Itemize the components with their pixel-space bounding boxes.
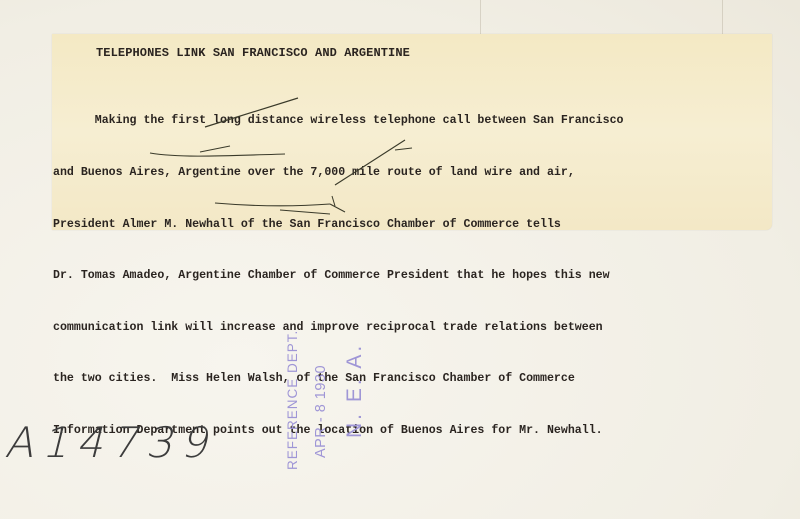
handwritten-id: A14739 <box>2 418 225 467</box>
caption-line: President Almer M. Newhall of the San Fr… <box>53 216 713 233</box>
stamp-date: APR - 8 1930 <box>313 365 329 458</box>
caption-line: Dr. Tomas Amadeo, Argentine Chamber of C… <box>53 267 713 284</box>
stamp-nea: N. E. A. <box>343 343 367 438</box>
caption-line: the two cities. Miss Helen Walsh, of the… <box>53 370 713 387</box>
caption-title: TELEPHONES LINK SAN FRANCISCO AND ARGENT… <box>96 46 410 60</box>
paper-edge <box>480 0 481 34</box>
caption-line: Making the first long distance wireless … <box>53 112 713 129</box>
photo-back: TELEPHONES LINK SAN FRANCISCO AND ARGENT… <box>0 0 800 519</box>
caption-body: Making the first long distance wireless … <box>53 78 713 474</box>
caption-line: and Buenos Aires, Argentine over the 7,0… <box>53 164 713 181</box>
caption-line: communication link will increase and imp… <box>53 319 713 336</box>
stamp-reference-dept: REFERENCE DEPT. <box>285 330 300 470</box>
